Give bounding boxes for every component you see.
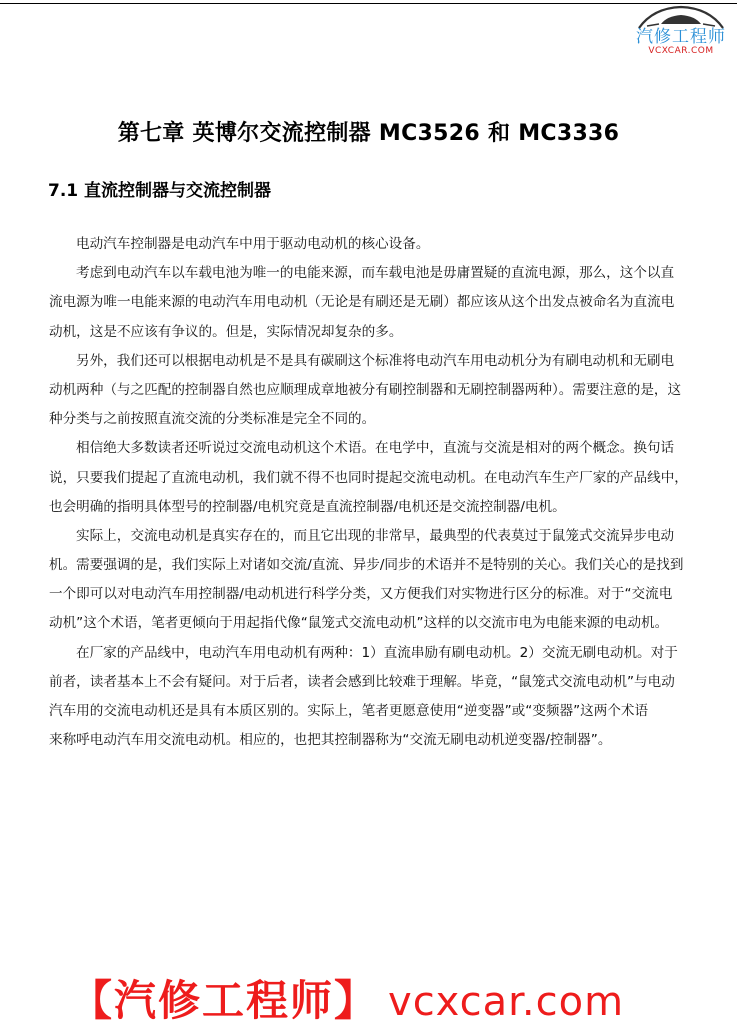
text-line: 一个即可以对电动汽车用控制器/电动机进行科学分类，又方便我们对实物进行区分的标准… (49, 580, 689, 609)
text-line: 种分类与之前按照直流交流的分类标准是完全不同的。 (49, 405, 689, 434)
paragraph-6: 在厂家的产品线中，电动汽车用电动机有两种：1）直流串励有刷电动机。2）交流无刷电… (49, 639, 689, 756)
text-line: 考虑到电动汽车以车载电池为唯一的电能来源，而车载电池是毋庸置疑的直流电源，那么，… (49, 259, 689, 288)
watermark-en: vcxcar.com (388, 979, 624, 1025)
paragraph-2: 考虑到电动汽车以车载电池为唯一的电能来源，而车载电池是毋庸置疑的直流电源，那么，… (49, 259, 689, 347)
text-line: 另外，我们还可以根据电动机是不是具有碳刷这个标准将电动汽车用电动机分为有刷电动机… (49, 347, 689, 376)
text-line: 说，只要我们提起了直流电动机，我们就不得不也同时提起交流电动机。在电动汽车生产厂… (49, 464, 689, 493)
section-title: 7.1 直流控制器与交流控制器 (48, 176, 271, 201)
logo-name-cn: 汽修工程师 (626, 28, 736, 46)
text-line: 电动汽车控制器是电动汽车中用于驱动电动机的核心设备。 (49, 230, 689, 259)
text-line: 动机”这个术语，笔者更倾向于用起指代像“鼠笼式交流电动机”这样的以交流市电为电能… (49, 609, 689, 638)
body-text: 电动汽车控制器是电动汽车中用于驱动电动机的核心设备。 考虑到电动汽车以车载电池为… (49, 230, 689, 755)
text-line: 相信绝大多数读者还听说过交流电动机这个术语。在电学中，直流与交流是相对的两个概念… (49, 434, 689, 463)
text-line: 实际上，交流电动机是真实存在的，而且它出现的非常早，最典型的代表莫过于鼠笼式交流… (49, 522, 689, 551)
watermark-cn: 【汽修工程师】 (70, 976, 378, 1025)
text-line: 汽车用的交流电动机还是具有本质区别的。实际上，笔者更愿意使用“逆变器”或“变频器… (49, 697, 689, 726)
paragraph-5: 实际上，交流电动机是真实存在的，而且它出现的非常早，最典型的代表莫过于鼠笼式交流… (49, 522, 689, 639)
paragraph-4: 相信绝大多数读者还听说过交流电动机这个术语。在电学中，直流与交流是相对的两个概念… (49, 434, 689, 522)
text-line: 也会明确的指明具体型号的控制器/电机究竟是直流控制器/电机还是交流控制器/电机。 (49, 493, 689, 522)
text-line: 流电源为唯一电能来源的电动汽车用电动机（无论是有刷还是无刷）都应该从这个出发点被… (49, 288, 689, 317)
paragraph-3: 另外，我们还可以根据电动机是不是具有碳刷这个标准将电动汽车用电动机分为有刷电动机… (49, 347, 689, 435)
footer-watermark: 【汽修工程师】vcxcar.com (70, 968, 670, 1028)
chapter-title: 第七章 英博尔交流控制器 MC3526 和 MC3336 (0, 116, 737, 147)
paragraph-1: 电动汽车控制器是电动汽车中用于驱动电动机的核心设备。 (49, 230, 689, 259)
logo-name-en: VCXCAR.COM (626, 46, 736, 56)
text-line: 动机两种（与之匹配的控制器自然也应顺理成章地被分有刷控制器和无刷控制器两种）。需… (49, 376, 689, 405)
text-line: 机。需要强调的是，我们实际上对诸如交流/直流、异步/同步的术语并不是特别的关心。… (49, 551, 689, 580)
site-logo: 汽修工程师 VCXCAR.COM (626, 4, 736, 64)
text-line: 前者，读者基本上不会有疑问。对于后者，读者会感到比较难于理解。毕竟，“鼠笼式交流… (49, 668, 689, 697)
text-line: 在厂家的产品线中，电动汽车用电动机有两种：1）直流串励有刷电动机。2）交流无刷电… (49, 639, 689, 668)
text-line: 动机，这是不应该有争议的。但是，实际情况却复杂的多。 (49, 318, 689, 347)
text-line: 来称呼电动汽车用交流电动机。相应的，也把其控制器称为“交流无刷电动机逆变器/控制… (49, 726, 689, 755)
